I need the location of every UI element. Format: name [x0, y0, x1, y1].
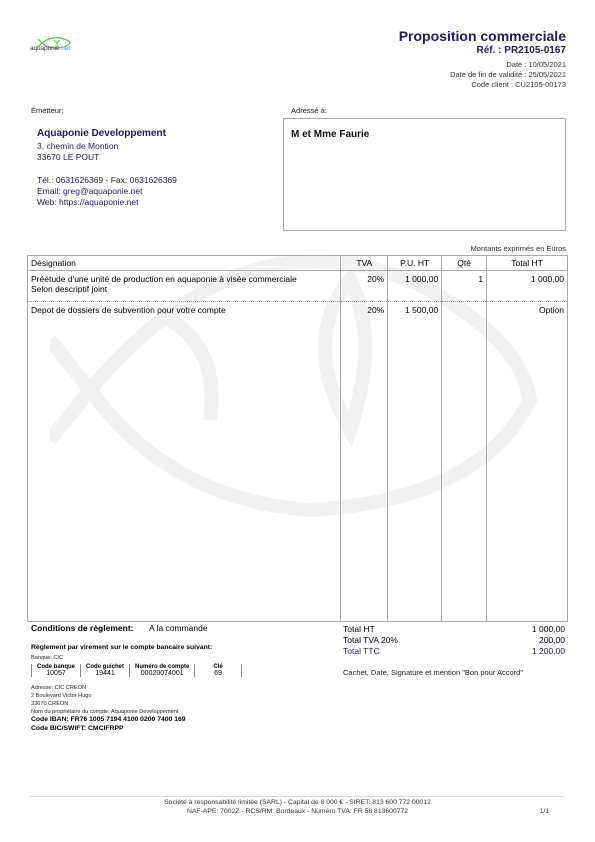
- footer-legal-line2: NAF-APE: 7002Z - RCS/RM: Bordeaux - Numé…: [0, 808, 595, 815]
- table-header-row: Désignation TVA P.U. HT Qté Total HT: [28, 256, 568, 271]
- cell-designation: Préétude d'une unité de production en aq…: [28, 271, 341, 302]
- col-header-total: Total HT: [487, 256, 568, 271]
- bic-swift: Code BIC/SWIFT: CMCIFRPP: [31, 725, 124, 732]
- col-header-designation: Désignation: [28, 256, 341, 271]
- table-row: Préétude d'une unité de production en aq…: [28, 271, 568, 302]
- recipient-name: M et Mme Faurie: [291, 129, 369, 140]
- page-number: 1/1: [540, 808, 549, 815]
- total-ttc-value: 1 200,00: [532, 646, 565, 656]
- validity-date: Date de fin de validité : 25/05/2021: [450, 70, 566, 79]
- designation-text: Depot de dossiers de subvention pour vot…: [31, 305, 337, 315]
- emitter-name: Aquaponie Developpement: [37, 128, 166, 139]
- cell-tva: 20%: [341, 271, 388, 302]
- bank-details-table: Code banque Code guichet Numéro de compt…: [31, 664, 242, 677]
- bank-code-value: 10057: [32, 670, 81, 677]
- account-owner: Nom du propriétaire du compte: Aquaponie…: [31, 709, 178, 715]
- key-value: 69: [195, 670, 241, 677]
- footer-divider: [30, 796, 565, 797]
- logo-wordmark: aquaponie.net: [30, 45, 70, 52]
- cell-unit-price: 1 500,00: [388, 302, 442, 622]
- emitter-email: Email: greg@aquaponie.net: [37, 186, 143, 196]
- bank-name: Banque: CIC: [31, 655, 63, 661]
- account-number-value: 00020074001: [130, 670, 195, 677]
- emitter-web: Web: https://aquaponie.net: [37, 197, 138, 207]
- bank-transfer-title: Règlement par virement sur le compte ban…: [31, 644, 212, 651]
- cell-qty: [442, 302, 487, 622]
- total-ht-value: 1 000,00: [532, 624, 565, 634]
- total-ttc-label: Total TTC: [343, 646, 380, 656]
- bank-address-line3: 33670 CREON: [31, 701, 68, 707]
- emitter-label: Émetteur:: [31, 106, 64, 115]
- branch-code-value: 19441: [81, 670, 130, 677]
- footer-legal-line1: Société à responsabilité limitée (SARL) …: [0, 799, 595, 806]
- col-header-unit-price: P.U. HT: [388, 256, 442, 271]
- col-header-tva: TVA: [341, 256, 388, 271]
- designation-detail: Selon descriptif joint: [31, 284, 337, 294]
- col-header-qty: Qté: [442, 256, 487, 271]
- recipient-label: Adressé à:: [291, 106, 327, 115]
- cell-total: 1 000,00: [487, 271, 568, 302]
- cell-designation: Depot de dossiers de subvention pour vot…: [28, 302, 341, 622]
- document-title: Proposition commerciale: [399, 28, 566, 44]
- aquaponie-logo-icon: [30, 30, 82, 56]
- items-table: Désignation TVA P.U. HT Qté Total HT Pré…: [27, 255, 568, 622]
- designation-text: Préétude d'une unité de production en aq…: [31, 274, 337, 284]
- currency-note: Montants exprimés en Euros: [471, 244, 566, 253]
- cell-tva: 20%: [341, 302, 388, 622]
- payment-conditions-value: A la commande: [149, 623, 208, 633]
- document-date: Date : 10/05/2021: [506, 60, 566, 69]
- bank-address-line2: 2 Boulevard Victor Hugo: [31, 693, 92, 699]
- emitter-phone: Tél.: 0631626369 - Fax: 0631626369: [37, 175, 177, 185]
- emitter-address-line2: 33670 LE POUT: [37, 152, 99, 162]
- cell-total: Option: [487, 302, 568, 622]
- cell-qty: 1: [442, 271, 487, 302]
- bank-address-line1: Adresse: CIC CREON: [31, 685, 86, 691]
- total-tva-label: Total TVA 20%: [343, 635, 398, 645]
- table-row: Depot de dossiers de subvention pour vot…: [28, 302, 568, 622]
- cell-unit-price: 1 000,00: [388, 271, 442, 302]
- emitter-address-line1: 3, chemin de Montion: [37, 141, 118, 151]
- total-ht-label: Total HT: [343, 624, 375, 634]
- signature-note: Cachet, Date, Signature et mention "Bon …: [343, 668, 523, 677]
- iban: Code IBAN: FR76 1005 7194 4100 0200 7400…: [31, 716, 186, 723]
- client-code: Code client : CU2105-00173: [471, 80, 566, 89]
- payment-conditions-label: Conditions de règlement:: [31, 623, 133, 633]
- total-tva-value: 200,00: [539, 635, 565, 645]
- document-reference: Réf. : PR2105-0167: [477, 45, 567, 56]
